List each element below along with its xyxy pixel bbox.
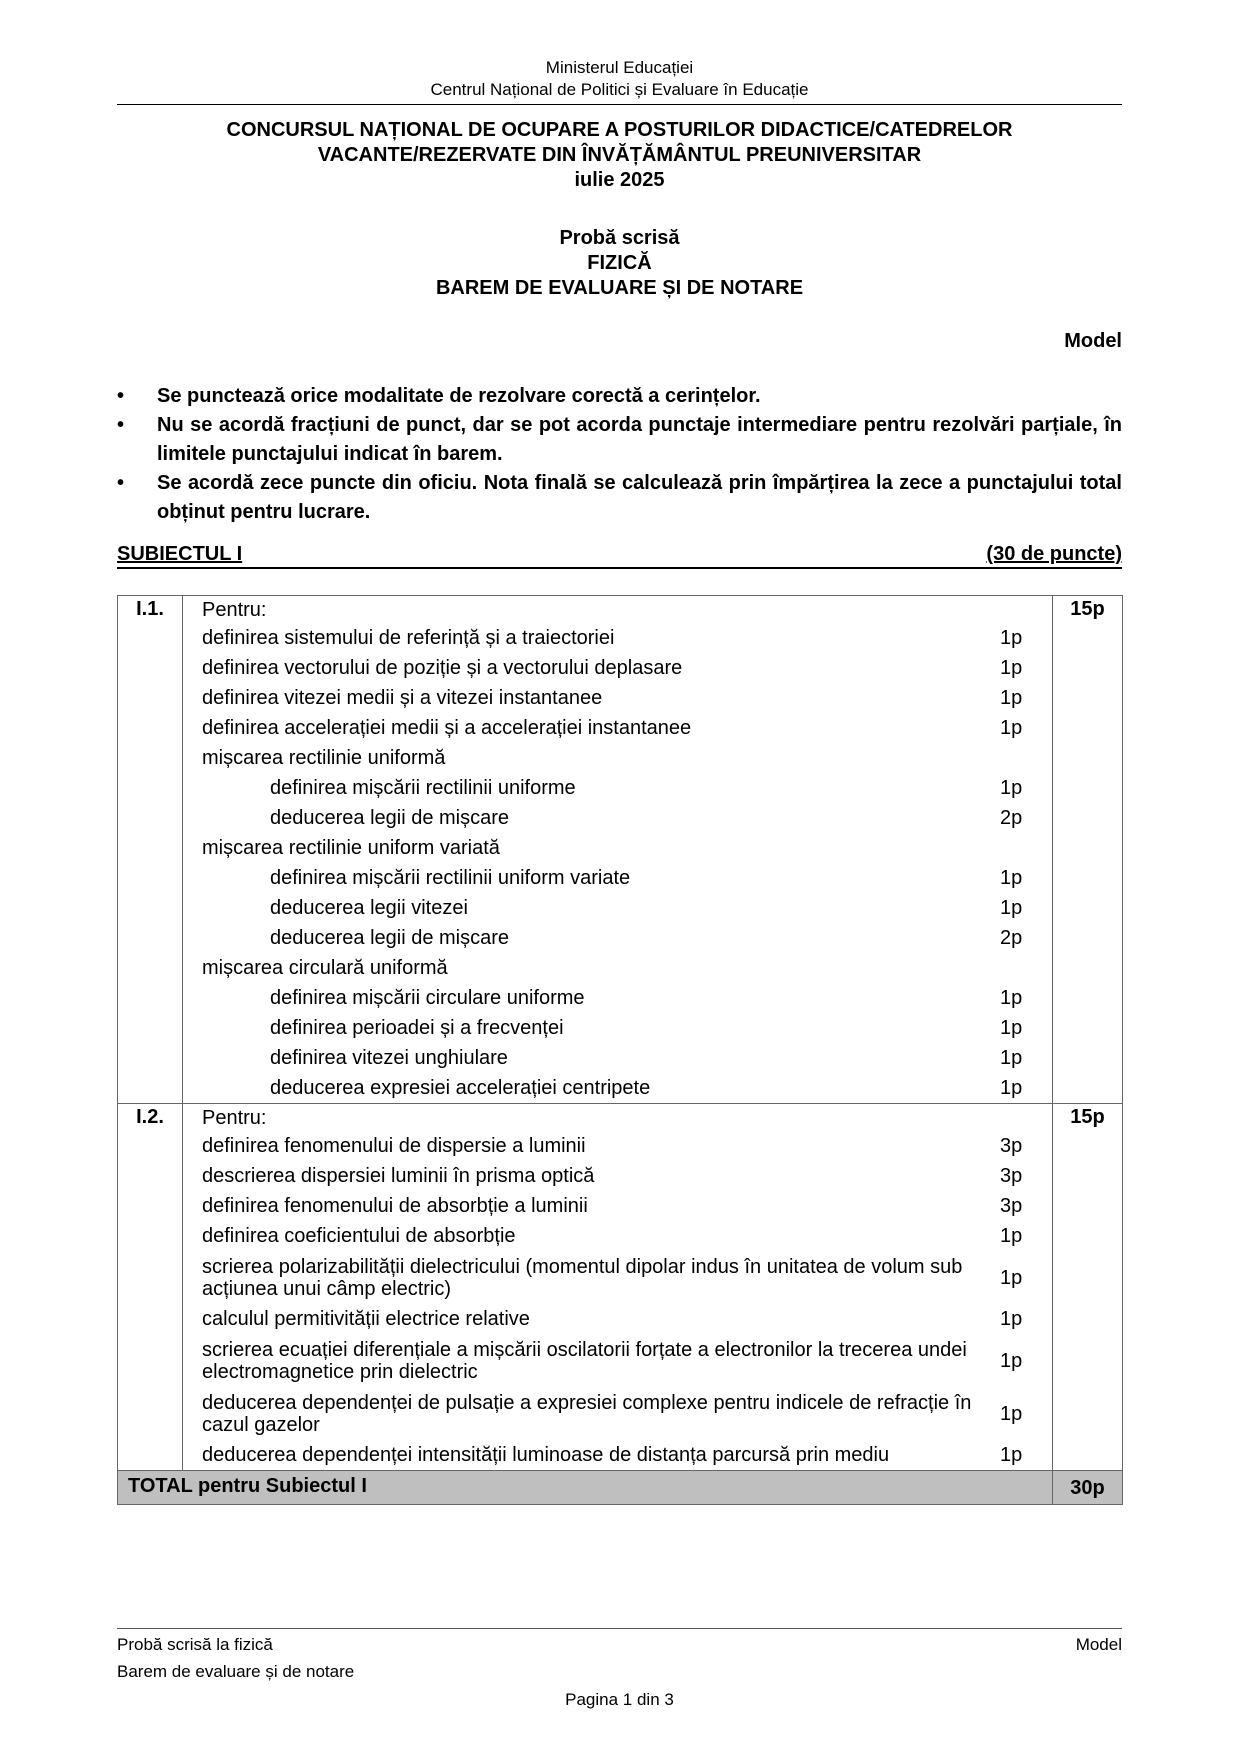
instruction-text: Se punctează orice modalitate de rezolva… (157, 385, 761, 407)
header-divider (117, 104, 1122, 105)
criterion-text: definirea mișcării circulare uniforme (202, 987, 1000, 1009)
criterion-text: definirea accelerației medii și a accele… (202, 717, 1000, 739)
criterion: calculul permitivității electrice relati… (202, 1304, 1052, 1334)
criterion-text: definirea vitezei medii și a vitezei ins… (202, 687, 1000, 709)
criterion-score: 1p (1000, 717, 1052, 739)
criterion-text: definirea vitezei unghiulare (202, 1047, 1000, 1069)
barem-item-row: I.1.Pentru:definirea sistemului de refer… (118, 596, 1123, 1104)
criterion-text: definirea mișcării rectilinii uniforme (202, 777, 1000, 799)
total-points: 30p (1053, 1471, 1123, 1505)
item-total-points: 15p (1053, 1104, 1123, 1471)
criterion: definirea sistemului de referință și a t… (202, 623, 1052, 653)
criterion-score: 1p (1000, 897, 1052, 919)
document-type: BAREM DE EVALUARE ȘI DE NOTARE (117, 276, 1122, 301)
criterion-text: deducerea dependenței de pulsație a expr… (202, 1392, 1000, 1436)
criterion-text: mișcarea rectilinie uniform variată (202, 837, 1000, 859)
criterion-score: 2p (1000, 807, 1052, 829)
criterion-score: 1p (1000, 1047, 1052, 1069)
instruction-item: • Nu se acordă fracțiuni de punct, dar s… (117, 411, 1122, 469)
footer-variant: Model (1076, 1634, 1122, 1656)
criterion-score: 3p (1000, 1165, 1052, 1187)
criterion-score: 1p (1000, 1267, 1052, 1289)
criterion-text: mișcarea rectilinie uniformă (202, 747, 1000, 769)
criterion-score: 1p (1000, 1403, 1052, 1425)
bullet-icon: • (117, 382, 137, 411)
criterion-text: calculul permitivității electrice relati… (202, 1308, 1000, 1330)
criterion: definirea fenomenului de dispersie a lum… (202, 1131, 1052, 1161)
barem-table: I.1.Pentru:definirea sistemului de refer… (117, 595, 1123, 1505)
criterion-text: definirea perioadei și a frecvenței (202, 1017, 1000, 1039)
criterion-text: mișcarea circulară uniformă (202, 957, 1000, 979)
footer-exam: Probă scrisă la fizică (117, 1634, 273, 1656)
ministry-name: Ministerul Educației (117, 57, 1122, 79)
criterion-text: definirea vectorului de poziție și a vec… (202, 657, 1000, 679)
criterion: scrierea ecuației diferențiale a mișcări… (202, 1334, 1052, 1387)
criterion: definirea fenomenului de absorbție a lum… (202, 1191, 1052, 1221)
criterion-score: 1p (1000, 657, 1052, 679)
criterion: definirea mișcării rectilinii uniform va… (202, 863, 1052, 893)
criterion: definirea perioadei și a frecvenței1p (202, 1013, 1052, 1043)
item-number: I.2. (118, 1104, 183, 1471)
criterion-score: 1p (1000, 627, 1052, 649)
criterion: descrierea dispersiei luminii în prisma … (202, 1161, 1052, 1191)
page-number: Pagina 1 din 3 (117, 1689, 1122, 1711)
section-heading: SUBIECTUL I (30 de puncte) (117, 541, 1122, 569)
criterion-text: deducerea dependenței intensității lumin… (202, 1444, 1000, 1466)
center-name: Centrul Național de Politici și Evaluare… (117, 79, 1122, 101)
instruction-text: Nu se acordă fracțiuni de punct, dar se … (157, 414, 1122, 465)
criterion: definirea vitezei unghiulare1p (202, 1043, 1052, 1073)
criterion-score: 1p (1000, 1017, 1052, 1039)
criterion: definirea mișcării circulare uniforme1p (202, 983, 1052, 1013)
criterion: scrierea polarizabilității dielectriculu… (202, 1251, 1052, 1304)
footer-divider (117, 1628, 1122, 1629)
criterion-text: definirea fenomenului de dispersie a lum… (202, 1135, 1000, 1157)
criterion-score: 1p (1000, 1444, 1052, 1466)
criterion-score: 1p (1000, 1350, 1052, 1372)
criterion-score: 1p (1000, 1077, 1052, 1099)
criterion: mișcarea rectilinie uniform variată (202, 833, 1052, 863)
instruction-text: Se acordă zece puncte din oficiu. Nota f… (157, 472, 1122, 523)
criterion-score: 1p (1000, 1225, 1052, 1247)
contest-title-line1: CONCURSUL NAȚIONAL DE OCUPARE A POSTURIL… (117, 118, 1122, 143)
item-total-points: 15p (1053, 596, 1123, 1104)
barem-item-row: I.2.Pentru:definirea fenomenului de disp… (118, 1104, 1123, 1471)
criterion: deducerea expresiei accelerației centrip… (202, 1073, 1052, 1103)
criterion: deducerea legii de mișcare2p (202, 803, 1052, 833)
criterion-text: deducerea legii de mișcare (202, 807, 1000, 829)
variant-label: Model (1064, 330, 1122, 353)
criterion-score: 1p (1000, 1308, 1052, 1330)
criterion-text: definirea mișcării rectilinii uniform va… (202, 867, 1000, 889)
item-criteria: Pentru:definirea sistemului de referință… (183, 596, 1053, 1104)
criterion-score: 1p (1000, 687, 1052, 709)
criterion-score: 1p (1000, 867, 1052, 889)
bullet-icon: • (117, 469, 137, 498)
total-label: TOTAL pentru Subiectul I (118, 1471, 1053, 1505)
criterion-score: 1p (1000, 987, 1052, 1009)
instructions-list: • Se punctează orice modalitate de rezol… (117, 382, 1122, 527)
contest-date: iulie 2025 (117, 168, 1122, 193)
criterion-text: deducerea legii de mișcare (202, 927, 1000, 949)
criterion-text: deducerea expresiei accelerației centrip… (202, 1077, 1000, 1099)
criterion: deducerea dependenței intensității lumin… (202, 1440, 1052, 1470)
criterion-text: definirea sistemului de referință și a t… (202, 627, 1000, 649)
contest-title-line2: VACANTE/REZERVATE DIN ÎNVĂȚĂMÂNTUL PREUN… (117, 143, 1122, 168)
criterion: deducerea legii de mișcare2p (202, 923, 1052, 953)
criterion-score: 1p (1000, 777, 1052, 799)
criterion-score: 2p (1000, 927, 1052, 949)
item-intro: Pentru: (202, 599, 1052, 621)
section-title: SUBIECTUL I (117, 541, 242, 567)
criterion-score: 3p (1000, 1195, 1052, 1217)
criterion: mișcarea circulară uniformă (202, 953, 1052, 983)
exam-type: Probă scrisă (117, 226, 1122, 251)
item-number: I.1. (118, 596, 183, 1104)
criterion-text: scrierea polarizabilității dielectriculu… (202, 1256, 1000, 1300)
criterion: deducerea dependenței de pulsație a expr… (202, 1387, 1052, 1440)
criterion: definirea coeficientului de absorbție1p (202, 1221, 1052, 1251)
instruction-item: • Se punctează orice modalitate de rezol… (117, 382, 1122, 411)
criterion-text: definirea fenomenului de absorbție a lum… (202, 1195, 1000, 1217)
exam-subject: FIZICĂ (117, 251, 1122, 276)
criterion: definirea accelerației medii și a accele… (202, 713, 1052, 743)
criterion-text: scrierea ecuației diferențiale a mișcări… (202, 1339, 1000, 1383)
section-points: (30 de puncte) (986, 541, 1122, 567)
criterion: deducerea legii vitezei1p (202, 893, 1052, 923)
footer-doc: Barem de evaluare și de notare (117, 1661, 354, 1683)
item-criteria: Pentru:definirea fenomenului de dispersi… (183, 1104, 1053, 1471)
criterion: definirea mișcării rectilinii uniforme1p (202, 773, 1052, 803)
criterion: mișcarea rectilinie uniformă (202, 743, 1052, 773)
criterion-text: descrierea dispersiei luminii în prisma … (202, 1165, 1000, 1187)
criterion-score: 3p (1000, 1135, 1052, 1157)
criterion: definirea vectorului de poziție și a vec… (202, 653, 1052, 683)
criterion-text: deducerea legii vitezei (202, 897, 1000, 919)
bullet-icon: • (117, 411, 137, 440)
item-intro: Pentru: (202, 1107, 1052, 1129)
instruction-item: • Se acordă zece puncte din oficiu. Nota… (117, 469, 1122, 527)
criterion: definirea vitezei medii și a vitezei ins… (202, 683, 1052, 713)
total-row: TOTAL pentru Subiectul I30p (118, 1471, 1123, 1505)
criterion-text: definirea coeficientului de absorbție (202, 1225, 1000, 1247)
